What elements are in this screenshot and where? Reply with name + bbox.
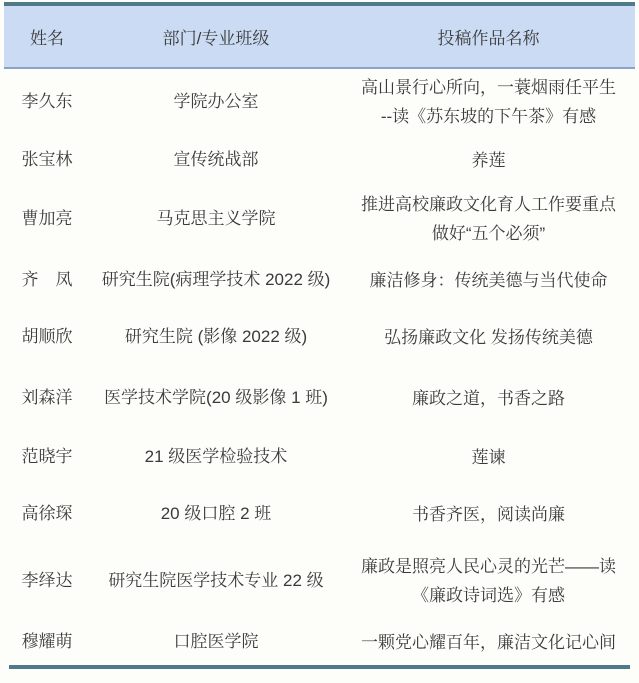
table-row: 穆耀萌 口腔医学院 一颗党心耀百年，廉洁文化记心间 <box>4 619 635 665</box>
cell-name: 李绎达 <box>4 569 90 593</box>
table-row: 李久东 学院办公室 高山景行心所向，一蓑烟雨任平生 --读《苏东坡的下午茶》有感 <box>4 69 635 135</box>
title-line: 廉政是照亮人民心灵的光芒——读 <box>342 552 635 581</box>
table-row: 胡顺欣 研究生院 (影像 2022 级) 弘扬廉政文化 发扬传统美德 <box>4 307 635 367</box>
cell-dept: 研究生院(病理学技术 2022 级) <box>90 268 342 292</box>
cell-name: 齐 凤 <box>4 268 90 292</box>
cell-title: 莲谏 <box>342 443 635 472</box>
cell-dept: 马克思主义学院 <box>90 207 342 231</box>
cell-name: 曹加亮 <box>4 207 90 231</box>
title-line: 《廉政诗词选》有感 <box>342 581 635 610</box>
title-line: 高山景行心所向，一蓑烟雨任平生 <box>342 73 635 102</box>
header-title: 投稿作品名称 <box>342 24 635 49</box>
title-line: 莲谏 <box>342 443 635 472</box>
title-line: 廉政之道，书香之路 <box>342 384 635 413</box>
table-row: 齐 凤 研究生院(病理学技术 2022 级) 廉洁修身：传统美德与当代使命 <box>4 253 635 307</box>
submissions-table: 姓名 部门/专业班级 投稿作品名称 李久东 学院办公室 高山景行心所向，一蓑烟雨… <box>4 2 635 669</box>
table-row: 范晓宇 21 级医学检验技术 莲谏 <box>4 429 635 485</box>
cell-name: 李久东 <box>4 90 90 114</box>
title-line: 弘扬廉政文化 发扬传统美德 <box>342 323 635 352</box>
header-name: 姓名 <box>4 24 90 49</box>
cell-title: 廉政是照亮人民心灵的光芒——读 《廉政诗词选》有感 <box>342 552 635 610</box>
title-line: 做好“五个必须” <box>342 219 635 248</box>
cell-dept: 20 级口腔 2 班 <box>90 502 342 526</box>
table-bottom-border <box>9 665 630 669</box>
title-line: 廉洁修身：传统美德与当代使命 <box>342 266 635 295</box>
cell-name: 范晓宇 <box>4 445 90 469</box>
title-line: 推进高校廉政文化育人工作要重点 <box>342 190 635 219</box>
cell-name: 穆耀萌 <box>4 630 90 654</box>
table-row: 张宝林 宣传统战部 养莲 <box>4 135 635 185</box>
cell-title: 廉洁修身：传统美德与当代使命 <box>342 266 635 295</box>
title-line: 书香齐医，阅读尚廉 <box>342 500 635 529</box>
cell-title: 弘扬廉政文化 发扬传统美德 <box>342 323 635 352</box>
table-header-row: 姓名 部门/专业班级 投稿作品名称 <box>4 6 635 69</box>
header-dept: 部门/专业班级 <box>90 24 342 49</box>
table-row: 曹加亮 马克思主义学院 推进高校廉政文化育人工作要重点 做好“五个必须” <box>4 185 635 253</box>
cell-title: 推进高校廉政文化育人工作要重点 做好“五个必须” <box>342 190 635 248</box>
cell-dept: 21 级医学检验技术 <box>90 445 342 469</box>
cell-title: 一颗党心耀百年，廉洁文化记心间 <box>342 628 635 657</box>
cell-dept: 口腔医学院 <box>90 630 342 654</box>
title-line: 一颗党心耀百年，廉洁文化记心间 <box>342 628 635 657</box>
cell-title: 廉政之道，书香之路 <box>342 384 635 413</box>
table-row: 高徐琛 20 级口腔 2 班 书香齐医，阅读尚廉 <box>4 485 635 543</box>
table-row: 刘森洋 医学技术学院(20 级影像 1 班) 廉政之道，书香之路 <box>4 367 635 429</box>
cell-title: 养莲 <box>342 146 635 175</box>
cell-dept: 医学技术学院(20 级影像 1 班) <box>90 386 342 410</box>
title-line: --读《苏东坡的下午茶》有感 <box>342 102 635 131</box>
cell-name: 胡顺欣 <box>4 325 90 349</box>
cell-name: 高徐琛 <box>4 502 90 526</box>
cell-dept: 研究生院 (影像 2022 级) <box>90 325 342 349</box>
title-line: 养莲 <box>342 146 635 175</box>
cell-name: 刘森洋 <box>4 386 90 410</box>
cell-name: 张宝林 <box>4 148 90 172</box>
cell-dept: 研究生院医学技术专业 22 级 <box>90 569 342 593</box>
cell-dept: 宣传统战部 <box>90 148 342 172</box>
cell-dept: 学院办公室 <box>90 90 342 114</box>
table-row: 李绎达 研究生院医学技术专业 22 级 廉政是照亮人民心灵的光芒——读 《廉政诗… <box>4 543 635 619</box>
cell-title: 高山景行心所向，一蓑烟雨任平生 --读《苏东坡的下午茶》有感 <box>342 73 635 131</box>
cell-title: 书香齐医，阅读尚廉 <box>342 500 635 529</box>
